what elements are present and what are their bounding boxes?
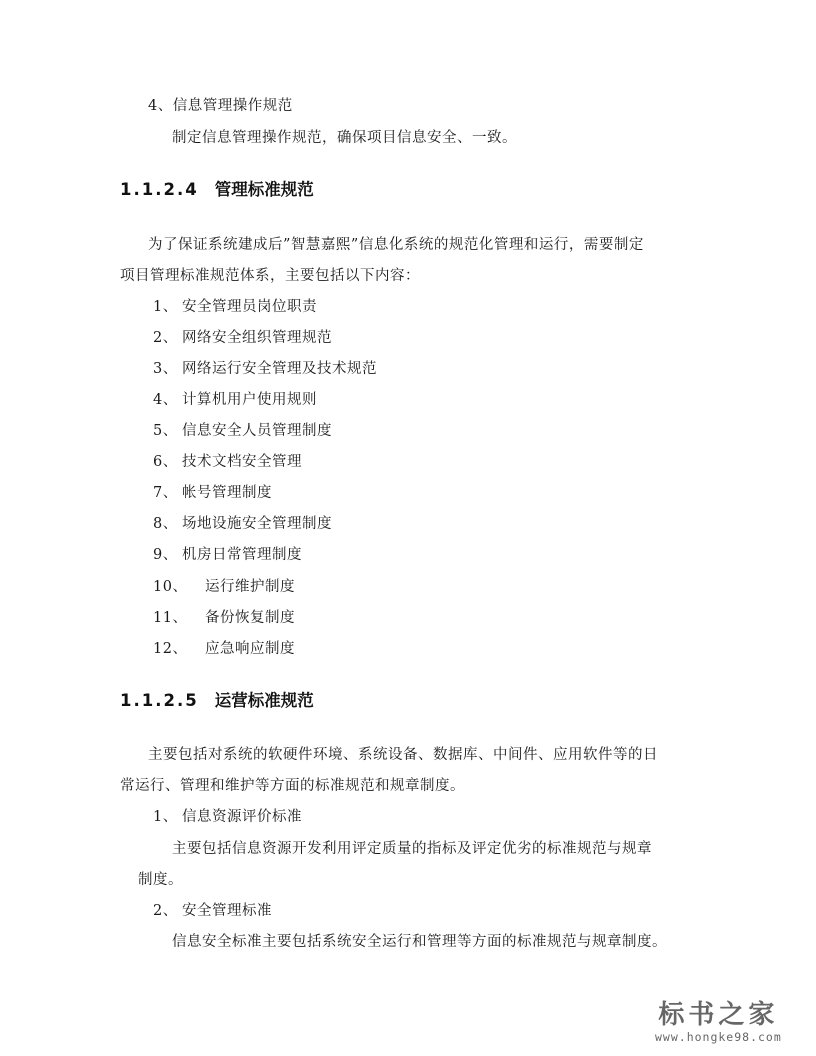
list-item: 12、应急响应制度 (153, 640, 295, 658)
paragraph: 信息安全标准主要包括系统安全运行和管理等方面的标准规范与规章制度。 (172, 933, 667, 951)
list-item: 8、场地设施安全管理制度 (153, 515, 332, 533)
watermark-url: www.hongke98.com (655, 1030, 782, 1044)
list-item: 2、网络安全组织管理规范 (153, 329, 332, 347)
list-item: 7、帐号管理制度 (153, 484, 272, 502)
paragraph: 制定信息管理操作规范，确保项目信息安全、一致。 (172, 129, 517, 147)
list-item: 4、计算机用户使用规则 (153, 391, 317, 409)
list-item: 1、信息资源评价标准 (153, 808, 302, 826)
list-item: 1、安全管理员岗位职责 (153, 298, 317, 316)
list-item: 3、网络运行安全管理及技术规范 (153, 360, 377, 378)
paragraph: 主要包括信息资源开发利用评定质量的指标及评定优劣的标准规范与规章 (172, 840, 652, 858)
watermark-logo: 标书之家 www.hongke98.com (655, 1000, 782, 1044)
paragraph: 主要包括对系统的软硬件环境、系统设备、数据库、中间件、应用软件等的日 (148, 746, 658, 764)
paragraph: 为了保证系统建成后”智慧嘉熙”信息化系统的规范化管理和运行，需要制定 (148, 236, 644, 254)
section-title: 管理标准规范 (215, 180, 314, 199)
watermark-title: 标书之家 (655, 1000, 782, 1030)
section-number: 1.1.2.4 (120, 180, 199, 199)
list-item: 11、备份恢复制度 (153, 609, 295, 627)
section-number: 1.1.2.5 (120, 691, 199, 710)
section-title: 运营标准规范 (215, 691, 314, 710)
list-item: 10、运行维护制度 (153, 578, 295, 596)
paragraph: 常运行、管理和维护等方面的标准规范和规章制度。 (120, 777, 465, 795)
section-heading: 1.1.2.4管理标准规范 (120, 180, 314, 200)
paragraph: 项目管理标准规范体系，主要包括以下内容： (120, 267, 420, 285)
paragraph: 制度。 (138, 871, 183, 889)
list-item: 5、信息安全人员管理制度 (153, 422, 332, 440)
list-item: 6、技术文档安全管理 (153, 453, 302, 471)
list-item: 2、安全管理标准 (153, 902, 272, 920)
list-item: 9、机房日常管理制度 (153, 546, 302, 564)
section-heading: 1.1.2.5运营标准规范 (120, 691, 314, 711)
list-item-label: 4、信息管理操作规范 (148, 97, 293, 115)
